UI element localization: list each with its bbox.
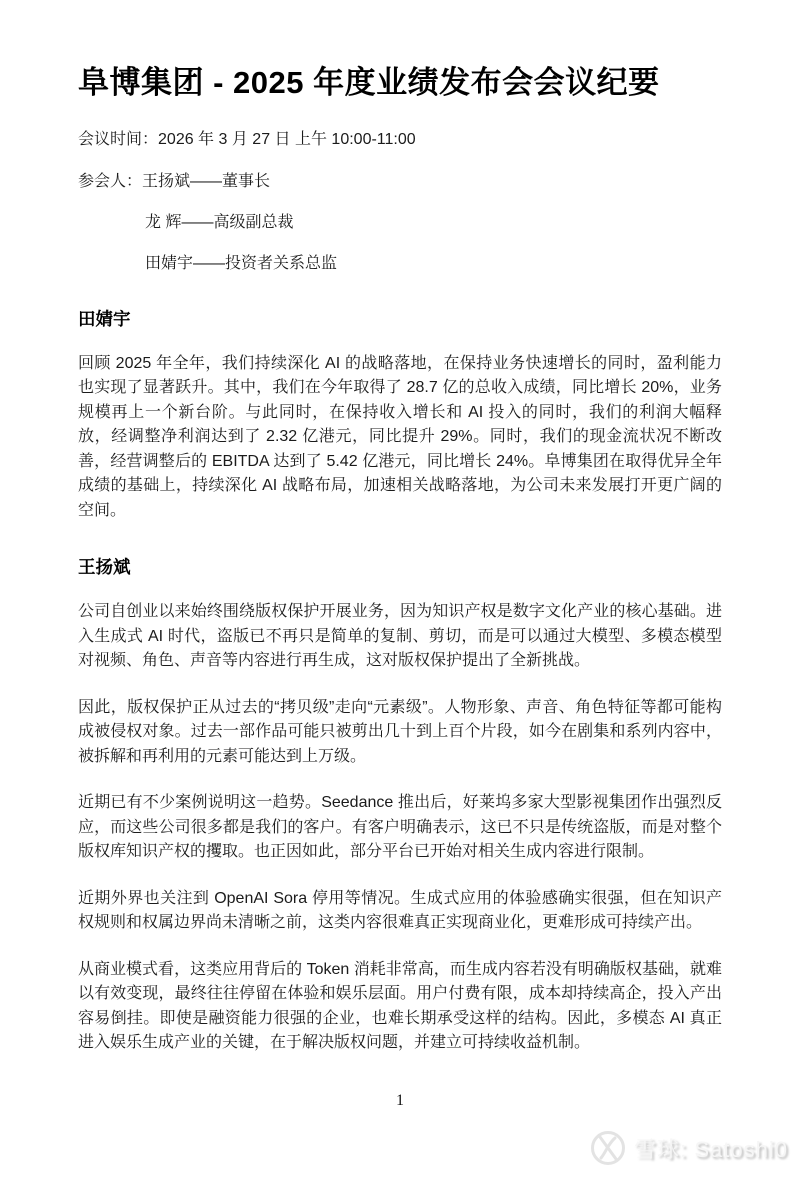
speaker-heading: 田婧宇 [78, 308, 722, 330]
participants-label: 参会人： [78, 173, 142, 190]
participant-name: 龙 辉 [145, 214, 181, 231]
meeting-minutes-document: 阜博集团 - 2025 年度业绩发布会会议纪要 会议时间：2026 年 3 月 … [0, 64, 800, 1056]
watermark-text: 雪球: Satoshi0 [634, 1133, 788, 1164]
section-speaker-2: 王扬斌 公司自创业以来始终围绕版权保护开展业务，因为知识产权是数字文化产业的核心… [78, 556, 722, 1056]
section-speaker-1: 田婧宇 回顾 2025 年全年，我们持续深化 AI 的战略落地，在保持业务快速增… [78, 308, 722, 524]
participants-list: 参会人：王扬斌——董事长 龙 辉——高级副总裁 田婧宇——投资者关系总监 [78, 171, 722, 275]
meeting-time-line: 会议时间：2026 年 3 月 27 日 上午 10:00-11:00 [78, 129, 722, 151]
participant-dash: —— [193, 255, 225, 272]
xueqiu-watermark: 雪球: Satoshi0 [590, 1130, 788, 1166]
participant-dash: —— [181, 214, 213, 231]
speech-paragraph: 公司自创业以来始终围绕版权保护开展业务，因为知识产权是数字文化产业的核心基础。进… [78, 600, 722, 674]
participant-title: 投资者关系总监 [225, 255, 337, 272]
meeting-time-label: 会议时间： [78, 131, 158, 148]
speaker-heading: 王扬斌 [78, 556, 722, 578]
document-page: { "document": { "title": "阜博集团 - 2025 年度… [0, 0, 800, 1179]
participant-dash: —— [190, 173, 222, 190]
speech-paragraph: 近期外界也关注到 OpenAI Sora 停用等情况。生成式应用的体验感确实很强… [78, 887, 722, 936]
participant-row: 田婧宇——投资者关系总监 [78, 253, 722, 275]
participant-title: 高级副总裁 [213, 214, 293, 231]
participant-name: 王扬斌 [142, 173, 190, 190]
participant-row: 龙 辉——高级副总裁 [78, 212, 722, 234]
speech-paragraph: 近期已有不少案例说明这一趋势。Seedance 推出后，好莱坞多家大型影视集团作… [78, 791, 722, 865]
meeting-time-value: 2026 年 3 月 27 日 上午 10:00-11:00 [158, 131, 416, 148]
document-title: 阜博集团 - 2025 年度业绩发布会会议纪要 [78, 64, 722, 103]
xueqiu-snowball-logo-icon [590, 1130, 626, 1166]
participant-title: 董事长 [222, 173, 270, 190]
speech-paragraph: 从商业模式看，这类应用背后的 Token 消耗非常高，而生成内容若没有明确版权基… [78, 958, 722, 1056]
page-number: 1 [0, 1092, 800, 1110]
participant-row: 参会人：王扬斌——董事长 [78, 171, 722, 193]
speech-paragraph: 回顾 2025 年全年，我们持续深化 AI 的战略落地，在保持业务快速增长的同时… [78, 352, 722, 524]
speech-paragraph: 因此，版权保护正从过去的“拷贝级”走向“元素级”。人物形象、声音、角色特征等都可… [78, 696, 722, 770]
participant-name: 田婧宇 [145, 255, 193, 272]
